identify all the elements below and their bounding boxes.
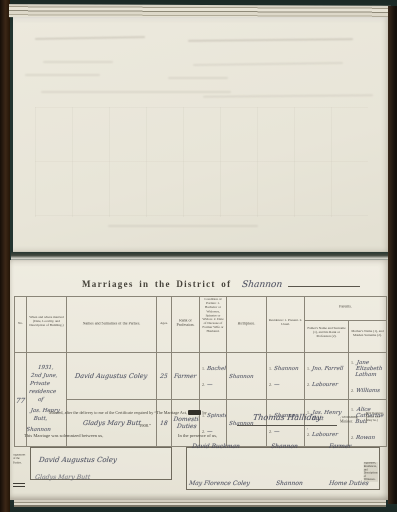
solemnized-label: This Marriage was solemnized between us, — [24, 433, 103, 438]
bleed-through-mark — [108, 225, 258, 227]
struck-year: 1904, — [188, 410, 201, 415]
groom-condition: Bachelor — [207, 366, 227, 372]
minister-role-note: (Or Registrar, as the case may be.) — [366, 412, 385, 423]
groom-name: David Augustus Coley — [75, 372, 148, 380]
minister-role-label: , Officiating Minister. — [340, 416, 364, 425]
bleed-through-mark — [168, 77, 228, 79]
title-underline — [288, 276, 360, 287]
witness-line-1: David Buckman Shannon Farmer — [192, 443, 351, 450]
entry-number: 77 — [16, 397, 26, 405]
amended-year: 1908.” — [49, 423, 241, 428]
bleed-through-mark — [193, 62, 343, 66]
groom-father: Jno. Farrell — [312, 366, 344, 372]
witness-box-label: Signatures, Residences, and Descriptions… — [364, 462, 378, 482]
minister-signature: Thomas Halliday — [237, 407, 337, 426]
page-edges-bottom — [14, 500, 386, 507]
col-header-father: Father's Name and Surname (1), and his R… — [306, 327, 347, 339]
witness-1-signature: David Buckman — [192, 443, 241, 450]
col-header-parents: Parents. — [306, 305, 385, 310]
upper-blank-page — [13, 17, 390, 252]
certificate-statement: Married, after the delivery to me of the… — [49, 410, 241, 416]
groom-age: 25 — [160, 373, 169, 380]
witness-line-2: May Florence Coley Shannon Home Duties — [189, 480, 369, 487]
witness-2-signature: May Florence Coley — [189, 480, 251, 487]
bleed-through-mark — [35, 36, 145, 40]
col-header-when-where: When and where married (Date, Locality, … — [28, 316, 65, 328]
presence-label: In the presence of us, — [178, 433, 217, 438]
book-photo: Marriages in the District of Shannon No.… — [0, 0, 397, 512]
title-printed-text: Marriages in the District of — [82, 279, 231, 289]
groom-residence: Shannon — [274, 366, 299, 372]
witness-1-description: Farmer — [328, 443, 351, 450]
bride-signature: Gladys Mary Butt — [35, 474, 91, 481]
bleed-through-mark — [41, 91, 231, 93]
col-header-birthplace: Birthplace. — [228, 322, 265, 327]
witness-2-residence: Shannon — [276, 480, 304, 487]
groom-mother: Jane Elizabeth Latham — [355, 360, 386, 378]
groom-signature: David Augustus Coley — [39, 456, 118, 464]
form-print-marks — [13, 483, 25, 487]
col-header-residence: Residence: 1. Present. 2. Usual. — [268, 319, 303, 327]
bleed-through-mark — [25, 74, 100, 76]
bleed-through-mark — [43, 61, 113, 63]
table-row-groom: 77 1931, 2nd June, Private residence of … — [15, 353, 387, 400]
col-header-no: No. — [16, 322, 25, 326]
col-header-ages: Ages. — [158, 322, 170, 326]
bleed-through-table-grid — [35, 107, 368, 217]
col-header-names: Names and Surnames of the Parties. — [68, 322, 155, 327]
parties-box-label: Signatures of the Parties. — [13, 454, 22, 465]
groom-rank: Farmer — [174, 373, 197, 380]
bleed-through-mark — [188, 38, 353, 42]
book-spine — [0, 0, 10, 512]
district-handwritten: Shannon — [242, 280, 283, 290]
witness-signature-box: David Buckman Shannon Farmer May Florenc… — [186, 447, 380, 490]
marriage-register-page: Marriages in the District of Shannon No.… — [10, 260, 390, 500]
book-cover-right-edge — [388, 6, 397, 504]
bleed-through-mark — [203, 94, 373, 97]
groom-birthplace: Shannon — [229, 374, 254, 380]
col-header-mother: Mother's Name (1), and Maiden Surname (2… — [350, 330, 385, 338]
page-title: Marriages in the District of Shannon — [82, 276, 360, 290]
col-header-rank: Rank or Profession. — [173, 319, 198, 329]
parties-signature-box: David Augustus Coley Gladys Mary Butt — [30, 447, 172, 480]
witness-1-residence: Shannon — [270, 443, 298, 450]
col-header-condition: Condition of Parties: 1. Bachelor or Wid… — [201, 298, 225, 334]
